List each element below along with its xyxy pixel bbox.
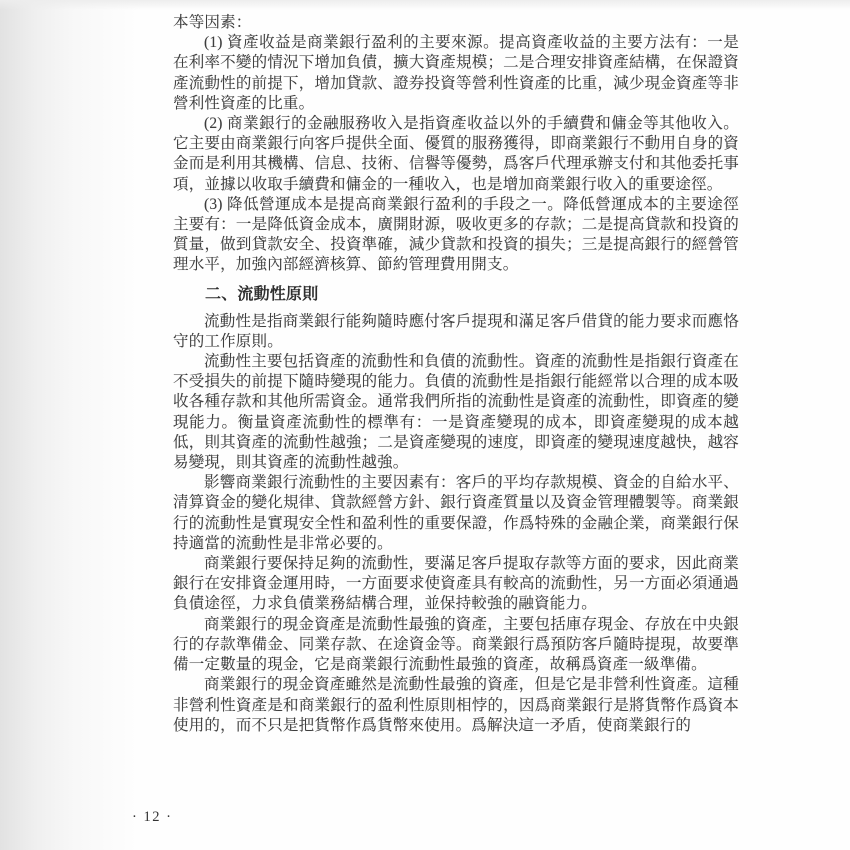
paragraph-liquidity-4: 商業銀行要保持足夠的流動性，要滿足客戶提取存款等方面的要求，因此商業銀行在安排資… — [173, 554, 739, 615]
continuation-line: 本等因素： — [173, 13, 739, 33]
paragraph-liquidity-5: 商業銀行的現金資產是流動性最強的資產，主要包括庫存現金、存放在中央銀行的存款準備… — [173, 615, 739, 676]
paragraph-profitability-point-2: (2) 商業銀行的金融服務收入是指資產收益以外的手續費和傭金等其他收入。它主要由… — [173, 114, 739, 195]
paragraph-liquidity-6: 商業銀行的現金資產雖然是流動性最強的資產，但是它是非營利性資產。這種非營利性資產… — [173, 675, 739, 736]
page-left-scan-shadow — [0, 0, 140, 850]
paragraph-liquidity-3: 影響商業銀行流動性的主要因素有：客戶的平均存款規模、資金的自給水平、清算資金的變… — [173, 473, 739, 554]
book-page: 本等因素： (1) 資產收益是商業銀行盈利的主要來源。提高資產收益的主要方法有：… — [0, 0, 850, 850]
page-top-scan-shadow — [0, 0, 850, 10]
paragraph-profitability-point-3: (3) 降低營運成本是提高商業銀行盈利的手段之一。降低營運成本的主要途徑主要有：… — [173, 195, 739, 276]
paragraph-liquidity-1: 流動性是指商業銀行能夠隨時應付客戶提現和滿足客戶借貸的能力要求而應恪守的工作原則… — [173, 312, 739, 352]
page-number: · 12 · — [132, 809, 172, 826]
text-column: 本等因素： (1) 資產收益是商業銀行盈利的主要來源。提高資產收益的主要方法有：… — [173, 13, 739, 736]
paragraph-profitability-point-1: (1) 資產收益是商業銀行盈利的主要來源。提高資產收益的主要方法有：一是在利率不… — [173, 33, 739, 114]
paragraph-liquidity-2: 流動性主要包括資產的流動性和負債的流動性。資產的流動性是指銀行資產在不受損失的前… — [173, 352, 739, 473]
section-heading-liquidity-principle: 二、流動性原則 — [173, 285, 739, 305]
